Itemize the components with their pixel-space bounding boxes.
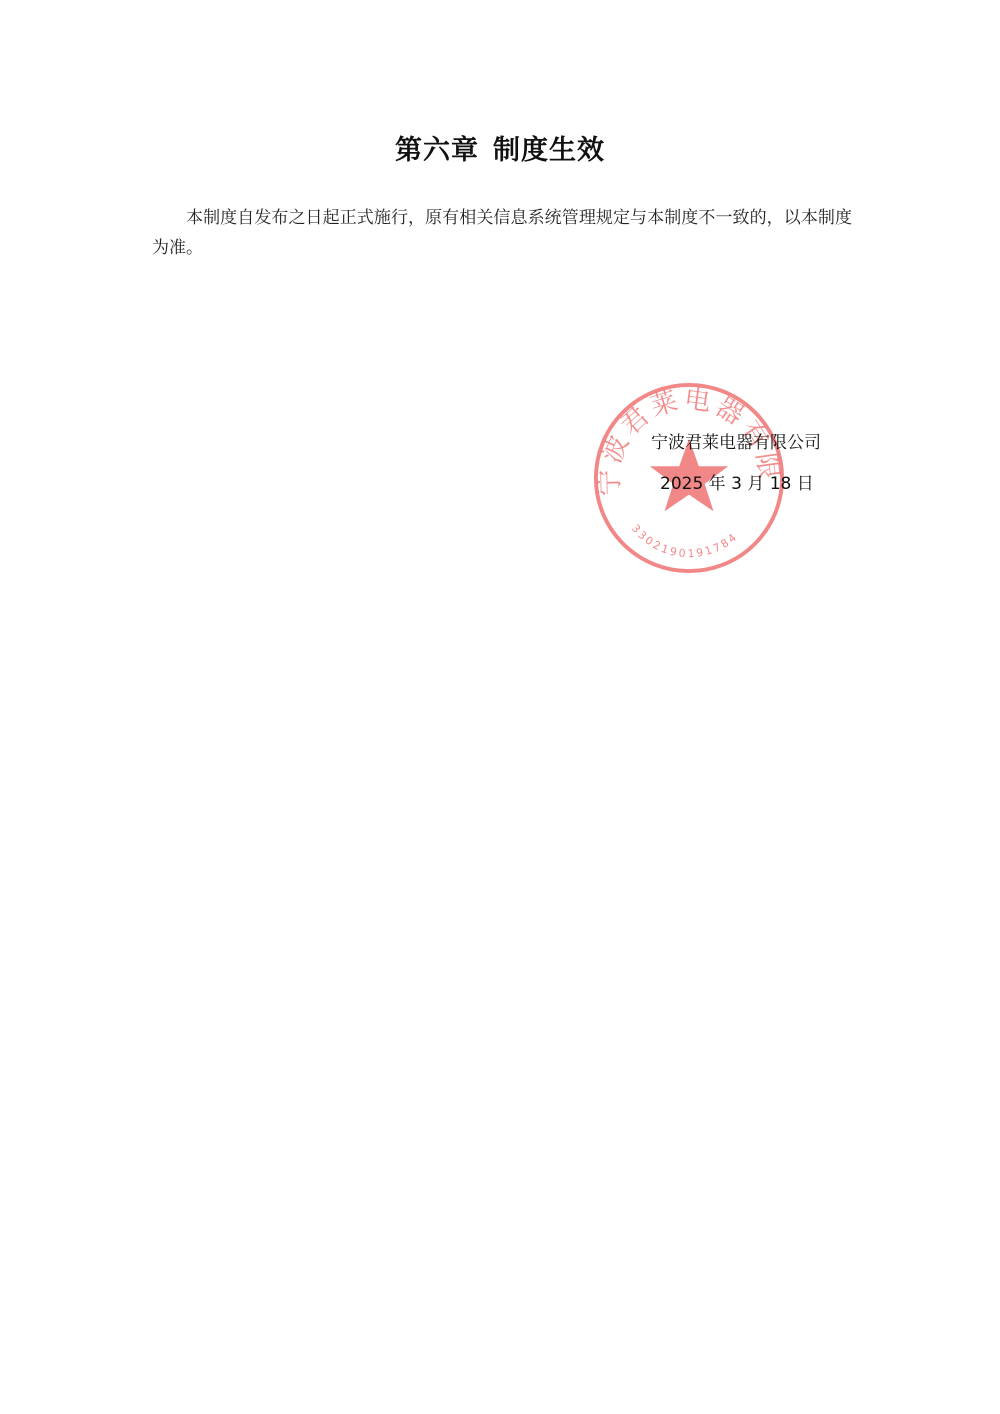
- chapter-heading: 第六章: [395, 135, 479, 166]
- svg-text:3302190191784: 3302190191784: [629, 522, 741, 560]
- signature-date: 2025 年 3 月 18 日: [660, 469, 814, 494]
- seal-code: 3302190191784: [629, 522, 741, 560]
- body-paragraph: 本制度自发布之日起正式施行，原有相关信息系统管理规定与本制度不一致的，以本制度为…: [152, 203, 852, 263]
- chapter-name: 制度生效: [493, 135, 605, 166]
- signature-company: 宁波君莱电器有限公司: [651, 428, 821, 453]
- chapter-title: 第六章制度生效: [0, 128, 1000, 167]
